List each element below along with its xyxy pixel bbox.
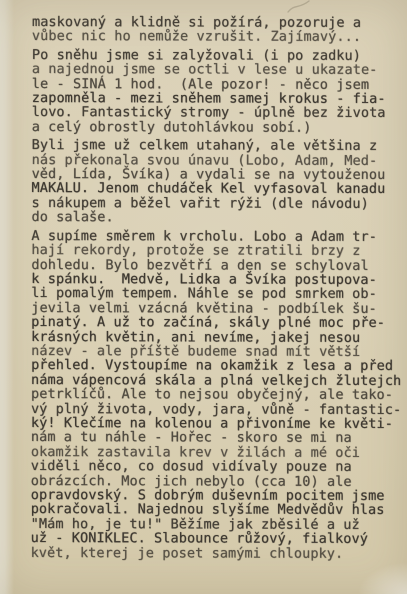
text-line: le - SINÁ 1 hod. (Ale pozor! - něco jsem (32, 77, 399, 92)
paragraph: Byli jsme už celkem utahaný, ale většina… (31, 138, 398, 225)
paragraph: maskovaný a klidně si požírá, pozoruje a… (32, 15, 399, 45)
text-line: obrázcích. Moc jich nebylo (cca 10) ale (31, 474, 398, 489)
text-line: a celý obrostly dutohlávkou sobí.) (32, 120, 399, 135)
text-line: název - ale příště budeme snad mít větší (31, 344, 398, 359)
text-line: věd, Lída, Švíka) a vydali se na vytouže… (32, 167, 399, 182)
text-line: hají rekordy, protože se ztratili brzy z (31, 243, 398, 258)
text-line: jevila velmi vzácná květina - podbílek š… (31, 301, 398, 316)
text-line: do salaše. (31, 210, 398, 225)
text-line: vý plný života, vody, jara, vůně - fanta… (31, 402, 398, 417)
text-line: dohledu. Bylo bezvětří a den se schylova… (31, 257, 398, 272)
text-line: květ, kterej je poset samými chloupky. (31, 546, 398, 561)
text-line: vůbec nic ho nemůže vzrušit. Zajímavý... (32, 29, 399, 44)
scanned-page: maskovaný a klidně si požírá, pozoruje a… (0, 0, 407, 594)
paragraph: A supíme směrem k vrcholu. Lobo a Adam t… (31, 229, 399, 561)
typewritten-text: maskovaný a klidně si požírá, pozoruje a… (31, 15, 399, 561)
text-line: "Mám ho, je tu!" Běžíme jak zběsilé a už (31, 517, 398, 532)
paragraph: Po sněhu jsme si zalyžovali (i po zadku)… (32, 48, 399, 135)
pencil-mark-icon (286, 0, 312, 14)
